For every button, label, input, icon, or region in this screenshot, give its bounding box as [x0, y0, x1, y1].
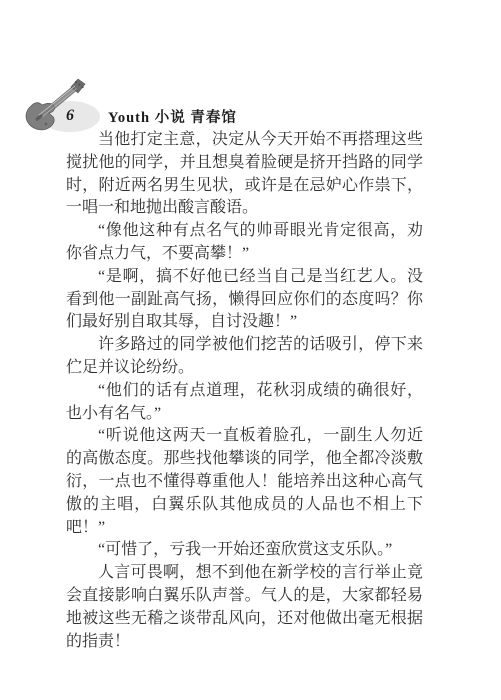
paragraph: “是啊，搞不好他已经当自己是当红艺人。没看到他一副趾高气扬，懒得回应你们的态度吗…: [66, 266, 423, 334]
body-text: 当他打定主意，决定从今天开始不再搭理这些搅扰他的同学，并且想臭着脸硬是挤开挡路的…: [66, 129, 423, 653]
paragraph: “他们的话有点道理，花秋羽成绩的确很好，也小有名气。”: [66, 380, 423, 426]
paragraph: 人言可畏啊，想不到他在新学校的言行举止竟会直接影响白翼乐队声誉。气人的是，大家都…: [66, 562, 423, 653]
electric-guitar-icon: [25, 78, 87, 132]
header-title: Youth 小说 青春馆: [108, 106, 237, 127]
paragraph: “像他这种有点名气的帅哥眼光肯定很高，劝你省点力气，不要高攀！”: [66, 220, 423, 266]
paragraph: 许多路过的同学被他们挖苦的话吸引，停下来伫足并议论纷纷。: [66, 334, 423, 380]
page-header: 6 Youth 小说 青春馆: [0, 38, 501, 100]
paragraph: “可惜了，亏我一开始还蛮欣赏这支乐队。”: [66, 539, 423, 562]
paragraph: “听说他这两天一直板着脸孔，一副生人勿近的高傲态度。那些找他攀谈的同学，他全都冷…: [66, 425, 423, 539]
book-page: 6 Youth 小说 青春馆 当他打定主意，决定从今天开始不再搭理这些搅扰他的同…: [0, 0, 501, 700]
paragraph: 当他打定主意，决定从今天开始不再搭理这些搅扰他的同学，并且想臭着脸硬是挤开挡路的…: [66, 129, 423, 220]
